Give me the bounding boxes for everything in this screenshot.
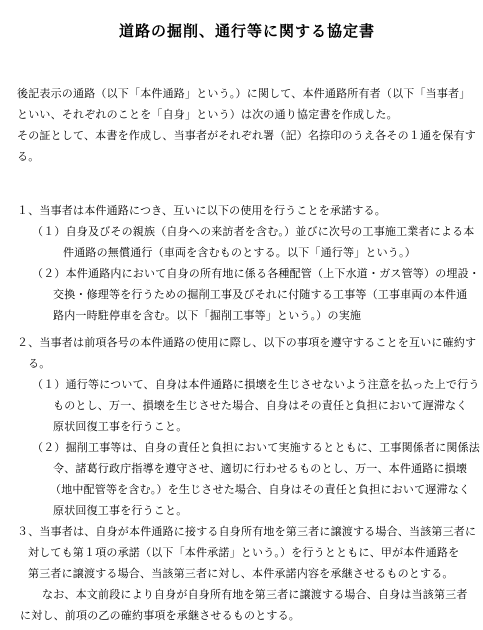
doc-line: 第三者に譲渡する場合、当該第三者に対し、本件承諾内容を承継させるものとする。 xyxy=(17,564,477,585)
doc-line: なお、本文前段により自身が自身所有地を第三者に譲渡する場合、自身は当該第三者 xyxy=(17,585,477,606)
doc-line: （２）掘削工事等は、自身の責任と負担において実施するとともに、工事関係者に関係法 xyxy=(17,438,477,459)
doc-line: ３、当事者は、自身が本件通路に接する自身所有地を第三者に譲渡する場合、当該第三者… xyxy=(17,522,477,543)
doc-line: 令、諸葛行政庁指導を遵守させ、適切に行わせるものとし、万一、本件通路に損壊 xyxy=(17,459,477,480)
document-content: 道路の掘削、通行等に関する協定書 後記表示の通路（以下「本件通路」という。）に関… xyxy=(0,0,483,627)
doc-line: １、当事者は本件通路につき、互いに以下の使用を行うことを承諾する。 xyxy=(17,201,477,222)
doc-line: ２、当事者は前項各号の本件通路の使用に際し、以下の事項を遵守することを互いに確約… xyxy=(17,333,477,354)
doc-line: 件通路の無償通行（車両を含むものとする。以下「通行等」という。） xyxy=(17,243,477,264)
doc-line: る。 xyxy=(17,354,477,375)
section-intro: 後記表示の通路（以下「本件通路」という。）に関して、本件通路所有者（以下「当事者… xyxy=(17,84,477,168)
doc-line: 対しても第１項の承諾（以下「本件承諾」という。）を行うとともに、甲が本件通路を xyxy=(17,543,477,564)
section-sec2: ２、当事者は前項各号の本件通路の使用に際し、以下の事項を遵守することを互いに確約… xyxy=(17,333,477,522)
doc-line: る。 xyxy=(17,147,477,168)
doc-line: （２）本件通路内において自身の所有地に係る各種配管（上下水道・ガス管等）の埋設・ xyxy=(17,264,477,285)
doc-line: といい、それぞれのことを「自身」という）は次の通り協定書を作成した。 xyxy=(17,105,477,126)
doc-line: （地中配管等を含む。）を生じさせた場合、自身はその責任と負担において遅滞なく xyxy=(17,480,477,501)
doc-line: （１）通行等について、自身は本件通路に損壊を生じさせないよう注意を払った上で行う xyxy=(17,375,477,396)
doc-line: 後記表示の通路（以下「本件通路」という。）に関して、本件通路所有者（以下「当事者… xyxy=(17,84,477,105)
doc-line: 路内一時駐停車を含む。以下「掘削工事等」という。）の実施 xyxy=(17,306,477,327)
doc-line: 原状回復工事を行うこと。 xyxy=(17,501,477,522)
document-title: 道路の掘削、通行等に関する協定書 xyxy=(17,0,477,41)
section-sec3: ３、当事者は、自身が本件通路に接する自身所有地を第三者に譲渡する場合、当該第三者… xyxy=(17,522,477,627)
doc-line: に対し、前項の乙の確約事項を承継させるものとする。 xyxy=(17,606,477,627)
document-page: 道路の掘削、通行等に関する協定書 後記表示の通路（以下「本件通路」という。）に関… xyxy=(0,0,483,630)
doc-line: ものとし、万一、損壊を生じさせた場合、自身はその責任と負担において遅滞なく xyxy=(17,396,477,417)
doc-line: 原状回復工事を行うこと。 xyxy=(17,417,477,438)
doc-line: その証として、本書を作成し、当事者がそれぞれ署（記）名捺印のうえ各その１通を保有… xyxy=(17,126,477,147)
doc-line: 交換・修理等を行うための掘削工事及びそれに付随する工事等（工事車両の本件通 xyxy=(17,285,477,306)
doc-line: （１）自身及びその親族（自身への来訪者を含む。）並びに次号の工事施工業者による本 xyxy=(17,222,477,243)
document-body: 後記表示の通路（以下「本件通路」という。）に関して、本件通路所有者（以下「当事者… xyxy=(17,84,477,627)
section-sec1: １、当事者は本件通路につき、互いに以下の使用を行うことを承諾する。（１）自身及び… xyxy=(17,201,477,327)
